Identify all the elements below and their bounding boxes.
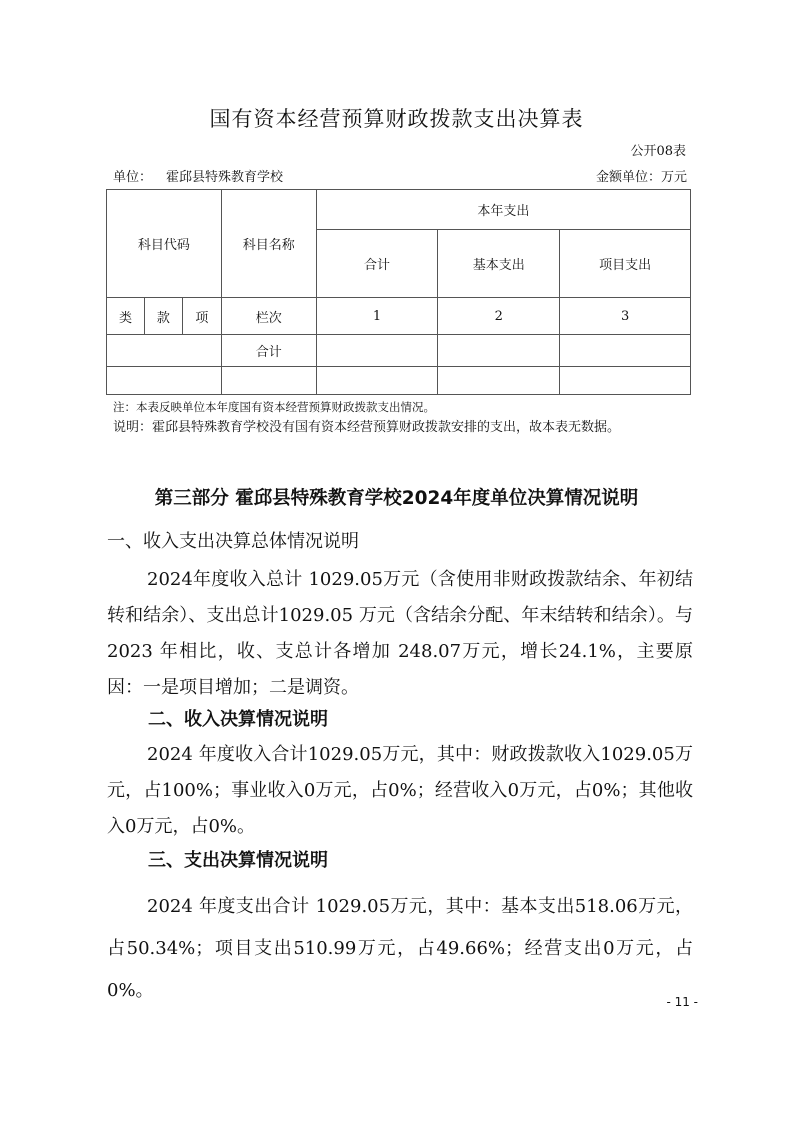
table-note: 注：本表反映单位本年度国有资本经营预算财政拨款支出情况。	[113, 399, 435, 415]
header-section: 款	[144, 298, 182, 335]
page-number: - 11 -	[666, 995, 698, 1009]
header-column-no: 栏次	[221, 298, 316, 335]
money-unit: 金额单位：万元	[596, 166, 687, 185]
unit-line: 单位：霍邱县特殊教育学校	[113, 166, 283, 185]
header-item: 项	[182, 298, 221, 335]
header-subject-code: 科目代码	[107, 190, 222, 298]
header-subject-name: 科目名称	[221, 190, 316, 298]
section3-heading: 三、支出决算情况说明	[148, 846, 328, 872]
col-1: 1	[316, 298, 438, 335]
table-title: 国有资本经营预算财政拨款支出决算表	[0, 103, 793, 133]
table-explanation: 说明：霍邱县特殊教育学校没有国有资本经营预算财政拨款安排的支出，故本表无数据。	[113, 416, 620, 435]
unit-label: 单位：	[113, 170, 152, 185]
col-3: 3	[560, 298, 691, 335]
section2-body: 2024 年度收入合计1029.05万元，其中：财政拨款收入1029.05万元，…	[107, 737, 693, 845]
table-row: 合计	[107, 335, 691, 367]
unit-value: 霍邱县特殊教育学校	[166, 170, 283, 185]
table-row	[107, 367, 691, 395]
expenditure-table: 科目代码 科目名称 本年支出 合计 基本支出 项目支出 类 款 项 栏次 1 2…	[106, 189, 691, 395]
section3-body: 2024 年度支出合计 1029.05万元，其中：基本支出518.06万元，占5…	[107, 886, 693, 1012]
part3-title: 第三部分 霍邱县特殊教育学校2024年度单位决算情况说明	[0, 484, 793, 510]
header-category: 类	[107, 298, 145, 335]
header-total: 合计	[316, 230, 438, 298]
section1-heading: 一、收入支出决算总体情况说明	[107, 527, 359, 553]
header-project: 项目支出	[560, 230, 691, 298]
header-current-year-expenditure: 本年支出	[316, 190, 690, 230]
col-2: 2	[438, 298, 560, 335]
section2-heading: 二、收入决算情况说明	[148, 705, 328, 731]
header-basic: 基本支出	[438, 230, 560, 298]
form-number: 公开08表	[630, 140, 686, 159]
section1-body: 2024年度收入总计 1029.05万元（含使用非财政拨款结余、年初结转和结余）…	[107, 562, 693, 706]
